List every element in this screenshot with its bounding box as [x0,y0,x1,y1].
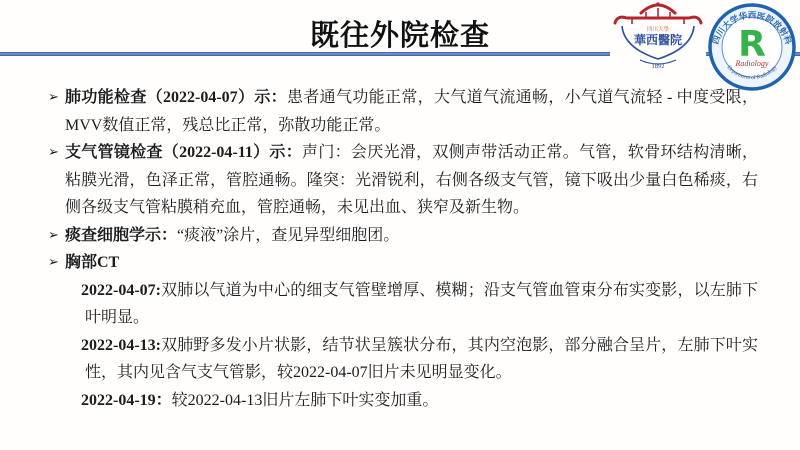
hospital-year-label: 1892 [652,63,665,70]
ct-text: 双肺野多发小片状影，结节状呈簇状分布，其内空泡影，部分融合呈片，左肺下叶实性，其… [85,337,758,382]
bullet-text: “痰液”涂片，查见异型细胞团。 [177,227,399,244]
hospital-university-label: 四川大學 [647,25,670,33]
bullet-label: 胸部CT [65,254,119,271]
hospital-archway-icon: 四川大學 華西醫院 1892 [610,2,706,74]
bullet-arrow-icon: ➢ [48,139,59,167]
ct-finding-0407: 2022-04-07:双肺以气道为中心的细支气管壁增厚、模糊；沿支气管血管束分布… [48,277,758,332]
bullet-label: 痰查细胞学示： [65,227,177,244]
radiology-logo: 四川大学华西医院放射科 Department of Radiology R Ra… [708,3,796,91]
slide: 既往外院检查 四川大學 華西醫院 1892 [0,0,800,450]
bullet-item-bronchoscopy: ➢支气管镜检查（2022-04-11）示：声门：会厌光滑，双侧声带活动正常。气管… [48,139,758,222]
ct-date: 2022-04-07: [81,282,161,299]
radiology-script-label: Radiology [735,59,769,68]
ct-date: 2022-04-19： [81,392,172,409]
ct-finding-0419: 2022-04-19：较2022-04-13旧片左肺下叶实变加重。 [48,387,758,415]
bullet-item-chest-ct: ➢胸部CT [48,249,758,277]
bullet-item-lung-function: ➢肺功能检查（2022-04-07）示：患者通气功能正常，大气道气流通畅，小气道… [48,84,758,139]
bullet-arrow-icon: ➢ [48,249,59,277]
ct-text: 较2022-04-13旧片左肺下叶实变加重。 [172,392,439,409]
bullet-arrow-icon: ➢ [48,84,59,112]
ct-text: 双肺以气道为中心的细支气管壁增厚、模糊；沿支气管血管束分布实变影，以左肺下叶明显… [85,282,758,327]
hospital-name-label: 華西醫院 [634,32,683,47]
hospital-logo: 四川大學 華西醫院 1892 [610,2,706,74]
bullet-label: 支气管镜检查（2022-04-11）示： [65,144,302,161]
ct-finding-0413: 2022-04-13:双肺野多发小片状影，结节状呈簇状分布，其内空泡影，部分融合… [48,332,758,387]
bullet-list: ➢肺功能检查（2022-04-07）示：患者通气功能正常，大气道气流通畅，小气道… [48,84,758,414]
radiology-badge-icon: 四川大学华西医院放射科 Department of Radiology R Ra… [708,3,796,91]
ct-date: 2022-04-13: [81,337,161,354]
bullet-label: 肺功能检查（2022-04-07）示： [65,89,287,106]
bullet-item-sputum-cytology: ➢痰查细胞学示：“痰液”涂片，查见异型细胞团。 [48,222,758,250]
bullet-arrow-icon: ➢ [48,222,59,250]
